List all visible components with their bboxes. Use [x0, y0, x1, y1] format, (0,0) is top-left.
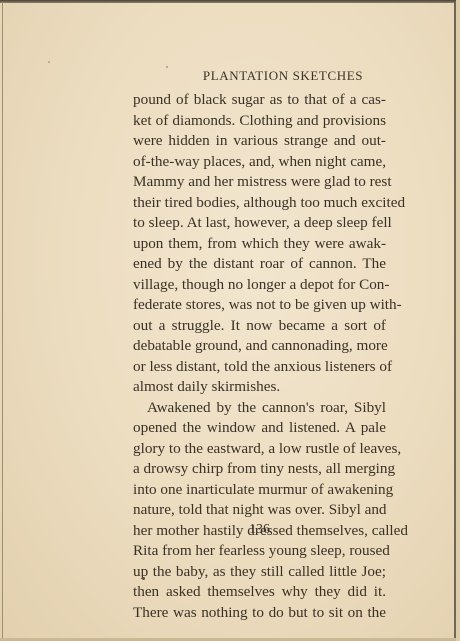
text-line: or less distant, told the anxious listen…: [133, 357, 386, 378]
paragraph-1: pound of black sugar as to that of a cas…: [133, 90, 386, 398]
paragraph-2: Awakened by the cannon's roar, Sibyl ope…: [133, 398, 386, 624]
text-line: their tired bodies, although too much ex…: [133, 193, 386, 214]
text-line: a drowsy chirp from tiny nests, all merg…: [133, 459, 386, 480]
page-right-margin-strip: [456, 0, 460, 641]
text-line: village, though no longer a depot for Co…: [133, 275, 386, 296]
text-line: were hidden in various strange and out-: [133, 131, 386, 152]
text-line: opened the window and listened. A pale: [133, 418, 386, 439]
paper-speck: [142, 577, 145, 580]
paper-speck: [166, 66, 168, 68]
text-line: into one inarticulate murmur of awakenin…: [133, 480, 386, 501]
text-line: upon them, from which they were awak-: [133, 234, 386, 255]
text-line: nature, told that night was over. Sibyl …: [133, 500, 386, 521]
body-text: pound of black sugar as to that of a cas…: [133, 90, 386, 623]
text-line: ened by the distant roar of cannon. The: [133, 254, 386, 275]
text-line: to sleep. At last, however, a deep sleep…: [133, 213, 386, 234]
text-line: Awakened by the cannon's roar, Sibyl: [133, 398, 386, 419]
page-left-edge: [2, 2, 3, 638]
text-line: glory to the eastward, a low rustle of l…: [133, 439, 386, 460]
page-number: 136: [133, 522, 386, 538]
text-line: up the baby, as they still called little…: [133, 562, 386, 583]
text-line: Mammy and her mistress were glad to rest: [133, 172, 386, 193]
running-head: PLANTATION SKETCHES: [133, 68, 433, 84]
text-line: federate stores, was not to be given up …: [133, 295, 386, 316]
text-line: out a struggle. It now became a sort of: [133, 316, 386, 337]
text-line: Rita from her fearless young sleep, rous…: [133, 541, 386, 562]
text-line: of-the-way places, and, when night came,: [133, 152, 386, 173]
text-line: almost daily skirmishes.: [133, 377, 386, 398]
text-line: ket of diamonds. Clothing and provisions: [133, 111, 386, 132]
book-page: PLANTATION SKETCHES pound of black sugar…: [0, 0, 460, 641]
text-line: pound of black sugar as to that of a cas…: [133, 90, 386, 111]
page-top-edge: [0, 0, 460, 3]
paper-speck: [48, 61, 50, 63]
text-line: then asked themselves why they did it.: [133, 582, 386, 603]
text-line: debatable ground, and cannonading, more: [133, 336, 386, 357]
text-line: There was nothing to do but to sit on th…: [133, 603, 386, 624]
